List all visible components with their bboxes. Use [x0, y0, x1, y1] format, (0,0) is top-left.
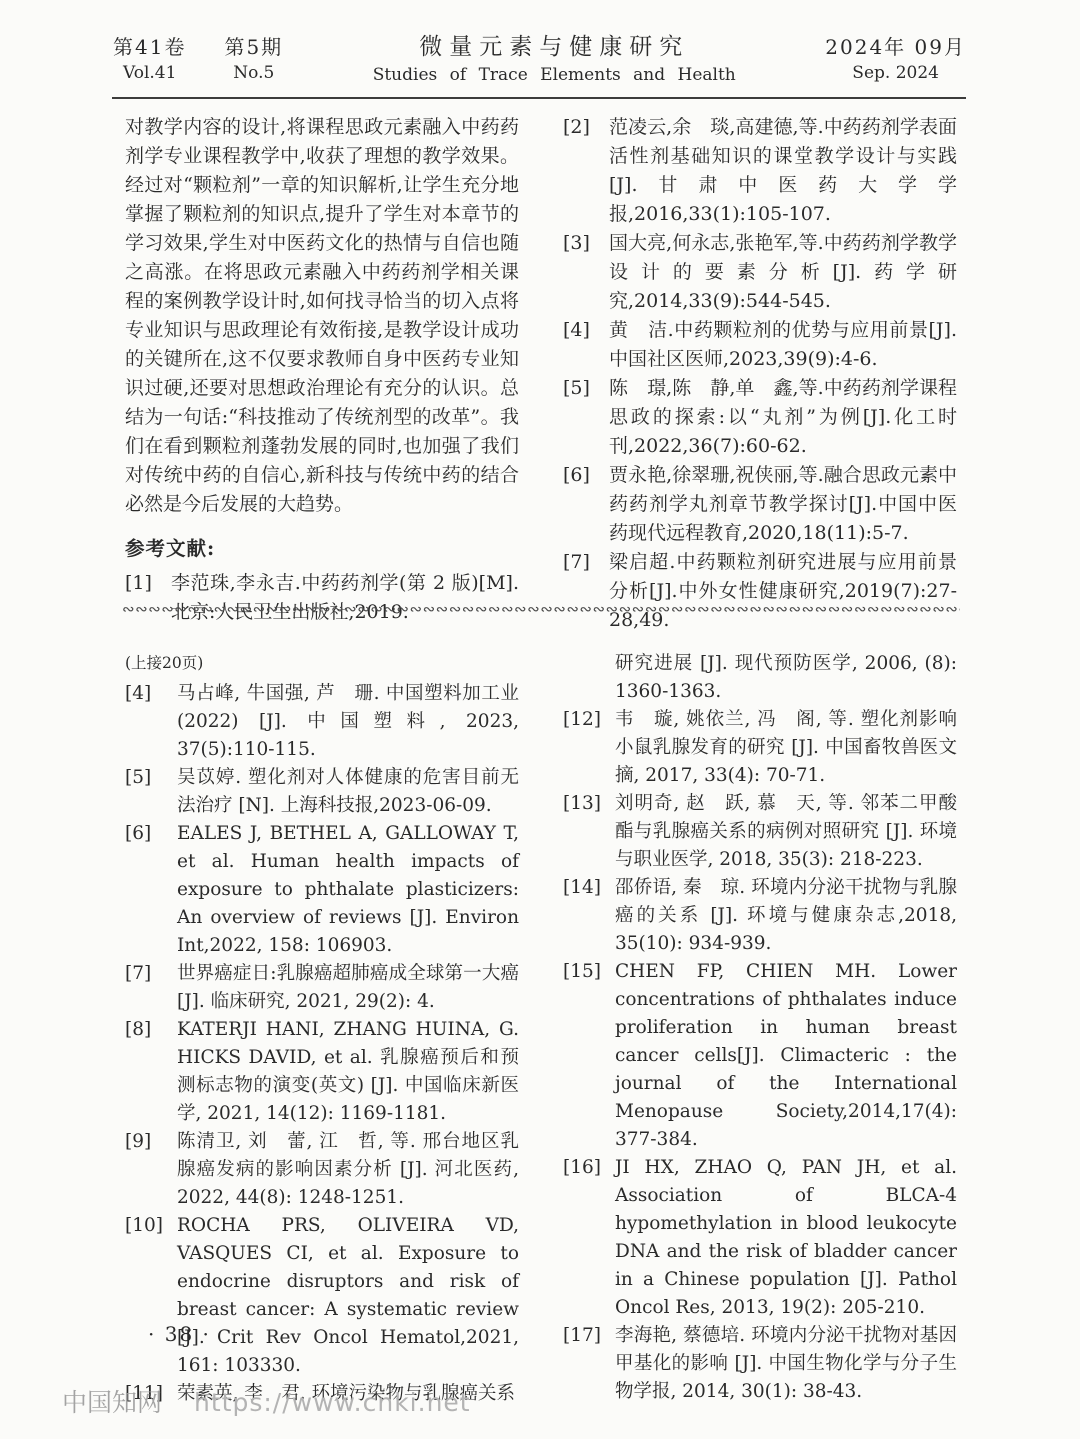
right-column-continued: 研究进展 [J]. 现代预防医学, 2006, (8): 1360-1363. …: [563, 650, 957, 1408]
reference-number: [2]: [563, 113, 609, 229]
reference-continuation-text: 研究进展 [J]. 现代预防医学, 2006, (8): 1360-1363.: [563, 650, 957, 706]
references-heading: 参考文献:: [125, 534, 519, 563]
reference-text: CHEN FP, CHIEN MH. Lower concentrations …: [615, 958, 957, 1154]
cnki-brand: 中国知网: [62, 1383, 162, 1419]
reference-item: [13] 刘明奇, 赵 跃, 慕 天, 等. 邻苯二甲酸酯与乳腺癌关系的病例对照…: [563, 790, 957, 874]
page-number: · 38 ·: [148, 1322, 211, 1346]
reference-number: [6]: [563, 461, 609, 548]
journal-page-scan: 第41卷 Vol.41 第5期 No.5 微量元素与健康研究 Studies o…: [0, 0, 1080, 1439]
date-cn: 2024年 09月: [825, 34, 966, 60]
reference-text: 梁启超.中药颗粒剂研究进展与应用前景分析[J].中外女性健康研究,2019(7)…: [609, 548, 957, 635]
reference-number: [17]: [563, 1322, 615, 1406]
reference-number: [4]: [125, 680, 177, 764]
reference-item: [4] 黄 洁.中药颗粒剂的优势与应用前景[J].中国社区医师,2023,39(…: [563, 316, 957, 374]
journal-title-en: Studies of Trace Elements and Health: [373, 61, 736, 89]
reference-item: [17] 李海艳, 蔡德培. 环境内分泌干扰物对基因甲基化的影响 [J]. 中国…: [563, 1322, 957, 1406]
reference-text: 国大亮,何永志,张艳军,等.中药药剂学教学设计的要素分析[J].药学研究,201…: [609, 229, 957, 316]
reference-item: [7] 世界癌症日:乳腺癌超肺癌成全球第一大癌 [J]. 临床研究, 2021,…: [125, 960, 519, 1016]
reference-item: [3] 国大亮,何永志,张艳军,等.中药药剂学教学设计的要素分析[J].药学研究…: [563, 229, 957, 316]
date-en: Sep. 2024: [825, 60, 966, 86]
reference-text: 黄 洁.中药颗粒剂的优势与应用前景[J].中国社区医师,2023,39(9):4…: [609, 316, 957, 374]
reference-number: [8]: [125, 1016, 177, 1128]
reference-item: [5] 吴苡婷. 塑化剂对人体健康的危害目前无法治疗 [N]. 上海科技报,20…: [125, 764, 519, 820]
reference-text: 陈清卫, 刘 蕾, 江 哲, 等. 邢台地区乳腺癌发病的影响因素分析 [J]. …: [177, 1128, 519, 1212]
reference-item: [9] 陈清卫, 刘 蕾, 江 哲, 等. 邢台地区乳腺癌发病的影响因素分析 […: [125, 1128, 519, 1212]
header-rule: [112, 97, 966, 99]
reference-text: 刘明奇, 赵 跃, 慕 天, 等. 邻苯二甲酸酯与乳腺癌关系的病例对照研究 [J…: [615, 790, 957, 874]
reference-text: 陈 璟,陈 静,单 鑫,等.中药药剂学课程思政的探索:以“丸剂”为例[J].化工…: [609, 374, 957, 461]
continued-references-left: [4] 马占峰, 牛国强, 芦 珊. 中国塑料加工业 (2022) [J]. 中…: [125, 680, 519, 1408]
reference-text: 韦 璇, 姚依兰, 冯 阁, 等. 塑化剂影响小鼠乳腺发育的研究 [J]. 中国…: [615, 706, 957, 790]
volume-cn: 第41卷: [113, 34, 186, 60]
reference-item: [6] 贾永艳,徐翠珊,祝侠丽,等.融合思政元素中药药剂学丸剂章节教学探讨[J]…: [563, 461, 957, 548]
date-block: 2024年 09月 Sep. 2024: [825, 34, 966, 86]
reference-text: 马占峰, 牛国强, 芦 珊. 中国塑料加工业 (2022) [J]. 中国塑料,…: [177, 680, 519, 764]
reference-number: [3]: [563, 229, 609, 316]
volume-block: 第41卷 Vol.41: [113, 34, 186, 86]
right-column: [2] 范凌云,余 琰,高建德,等.中药药剂学表面活性剂基础知识的课堂教学设计与…: [563, 113, 957, 635]
reference-number: [10]: [125, 1212, 177, 1380]
article-paragraph: 对教学内容的设计,将课程思政元素融入中药药剂学专业课程教学中,收获了理想的教学效…: [125, 113, 519, 519]
reference-item: [2] 范凌云,余 琰,高建德,等.中药药剂学表面活性剂基础知识的课堂教学设计与…: [563, 113, 957, 229]
journal-title-block: 微量元素与健康研究 Studies of Trace Elements and …: [373, 34, 736, 89]
left-column-continued: (上接20页) [4] 马占峰, 牛国强, 芦 珊. 中国塑料加工业 (2022…: [125, 650, 519, 1408]
reference-number: [5]: [125, 764, 177, 820]
reference-item: [8] KATERJI HANI, ZHANG HUINA, G. HICKS …: [125, 1016, 519, 1128]
reference-item: [10] ROCHA PRS, OLIVEIRA VD, VASQUES CI,…: [125, 1212, 519, 1380]
reference-number: [16]: [563, 1154, 615, 1322]
reference-text: 李海艳, 蔡德培. 环境内分泌干扰物对基因甲基化的影响 [J]. 中国生物化学与…: [615, 1322, 957, 1406]
reference-number: [6]: [125, 820, 177, 960]
reference-number: [7]: [125, 960, 177, 1016]
journal-header: 第41卷 Vol.41 第5期 No.5 微量元素与健康研究 Studies o…: [113, 34, 966, 89]
reference-number: [13]: [563, 790, 615, 874]
issue-cn: 第5期: [224, 34, 283, 60]
section-divider-ornament: ∾∾∾∾∾∾∾∾∾∾∾∾∾∾∾∾∾∾∾∾∾∾∾∾∾∾∾∾∾∾∾∾∾∾∾∾∾∾∾∾…: [122, 598, 960, 620]
reference-number: [14]: [563, 874, 615, 958]
volume-issue-block: 第41卷 Vol.41 第5期 No.5: [113, 34, 283, 86]
references-list-right: [2] 范凌云,余 琰,高建德,等.中药药剂学表面活性剂基础知识的课堂教学设计与…: [563, 113, 957, 635]
reference-text: ROCHA PRS, OLIVEIRA VD, VASQUES CI, et a…: [177, 1212, 519, 1380]
reference-number: [15]: [563, 958, 615, 1154]
reference-number: [4]: [563, 316, 609, 374]
reference-item: [4] 马占峰, 牛国强, 芦 珊. 中国塑料加工业 (2022) [J]. 中…: [125, 680, 519, 764]
volume-en: Vol.41: [113, 60, 186, 86]
reference-item: [12] 韦 璇, 姚依兰, 冯 阁, 等. 塑化剂影响小鼠乳腺发育的研究 [J…: [563, 706, 957, 790]
continued-references-right: [12] 韦 璇, 姚依兰, 冯 阁, 等. 塑化剂影响小鼠乳腺发育的研究 [J…: [563, 706, 957, 1406]
left-column: 对教学内容的设计,将课程思政元素融入中药药剂学专业课程教学中,收获了理想的教学效…: [125, 113, 519, 635]
reference-number: [12]: [563, 706, 615, 790]
reference-item: [15] CHEN FP, CHIEN MH. Lower concentrat…: [563, 958, 957, 1154]
journal-title-cn: 微量元素与健康研究: [373, 34, 736, 61]
reference-number: [5]: [563, 374, 609, 461]
reference-text: 邵侨语, 秦 琼. 环境内分泌干扰物与乳腺癌的关系 [J]. 环境与健康杂志,2…: [615, 874, 957, 958]
reference-item: [16] JI HX, ZHAO Q, PAN JH, et al. Assoc…: [563, 1154, 957, 1322]
reference-item: [6] EALES J, BETHEL A, GALLOWAY T, et al…: [125, 820, 519, 960]
reference-text: 吴苡婷. 塑化剂对人体健康的危害目前无法治疗 [N]. 上海科技报,2023-0…: [177, 764, 519, 820]
reference-item: [14] 邵侨语, 秦 琼. 环境内分泌干扰物与乳腺癌的关系 [J]. 环境与健…: [563, 874, 957, 958]
issue-block: 第5期 No.5: [224, 34, 283, 86]
reference-text: JI HX, ZHAO Q, PAN JH, et al. Associatio…: [615, 1154, 957, 1322]
issue-en: No.5: [224, 60, 283, 86]
reference-text: 贾永艳,徐翠珊,祝侠丽,等.融合思政元素中药药剂学丸剂章节教学探讨[J].中国中…: [609, 461, 957, 548]
continued-references-section: (上接20页) [4] 马占峰, 牛国强, 芦 珊. 中国塑料加工业 (2022…: [125, 650, 957, 1408]
reference-text: 世界癌症日:乳腺癌超肺癌成全球第一大癌 [J]. 临床研究, 2021, 29(…: [177, 960, 519, 1016]
cnki-watermark: 中国知网 https://www.cnki.net: [62, 1383, 471, 1419]
reference-item: [5] 陈 璟,陈 静,单 鑫,等.中药药剂学课程思政的探索:以“丸剂”为例[J…: [563, 374, 957, 461]
reference-item: [7] 梁启超.中药颗粒剂研究进展与应用前景分析[J].中外女性健康研究,201…: [563, 548, 957, 635]
cnki-url: https://www.cnki.net: [194, 1388, 471, 1417]
continued-from-note: (上接20页): [125, 650, 519, 676]
reference-text: EALES J, BETHEL A, GALLOWAY T, et al. Hu…: [177, 820, 519, 960]
reference-text: 范凌云,余 琰,高建德,等.中药药剂学表面活性剂基础知识的课堂教学设计与实践[J…: [609, 113, 957, 229]
reference-number: [9]: [125, 1128, 177, 1212]
reference-text: KATERJI HANI, ZHANG HUINA, G. HICKS DAVI…: [177, 1016, 519, 1128]
article-end-section: 对教学内容的设计,将课程思政元素融入中药药剂学专业课程教学中,收获了理想的教学效…: [125, 113, 957, 635]
reference-number: [7]: [563, 548, 609, 635]
